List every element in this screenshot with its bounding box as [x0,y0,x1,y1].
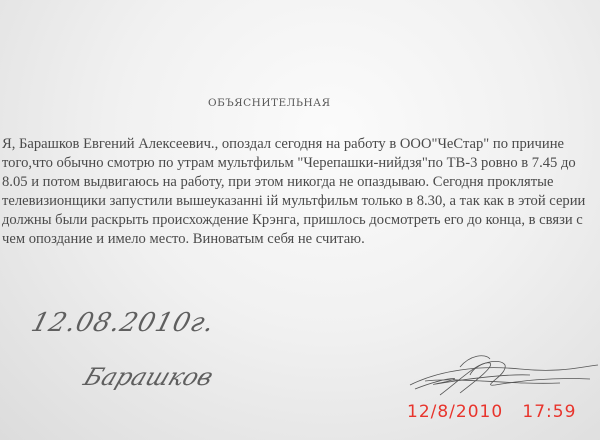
handwritten-date: 12.08.2010г. [28,308,218,338]
body-line: Я, Барашков Евгений Алексеевич., опоздал… [2,135,600,154]
body-line: чем опоздание и имело место. Виноватым с… [2,230,600,249]
handwritten-name: Барашков [80,363,217,391]
timestamp-date: 12/8/2010 [407,402,503,422]
body-line: того,что обычно смотрю по утрам мультфил… [2,154,600,173]
body-line: телевизионщики запустили вышеуказанні ій… [2,192,600,211]
timestamp-time: 17:59 [522,402,576,422]
body-line: должны были раскрыть происхождение Крэнг… [2,211,600,230]
camera-timestamp: 12/8/2010 17:59 [407,402,576,422]
document-body: Я, Барашков Евгений Алексеевич., опоздал… [2,135,600,249]
body-line: 8.05 и потом выдвигаюсь на работу, при э… [2,173,600,192]
signature-icon [400,355,600,400]
document-photo: ОБЪЯСНИТЕЛЬНАЯ Я, Барашков Евгений Алекс… [0,0,600,440]
document-title: ОБЪЯСНИТЕЛЬНАЯ [208,97,331,109]
